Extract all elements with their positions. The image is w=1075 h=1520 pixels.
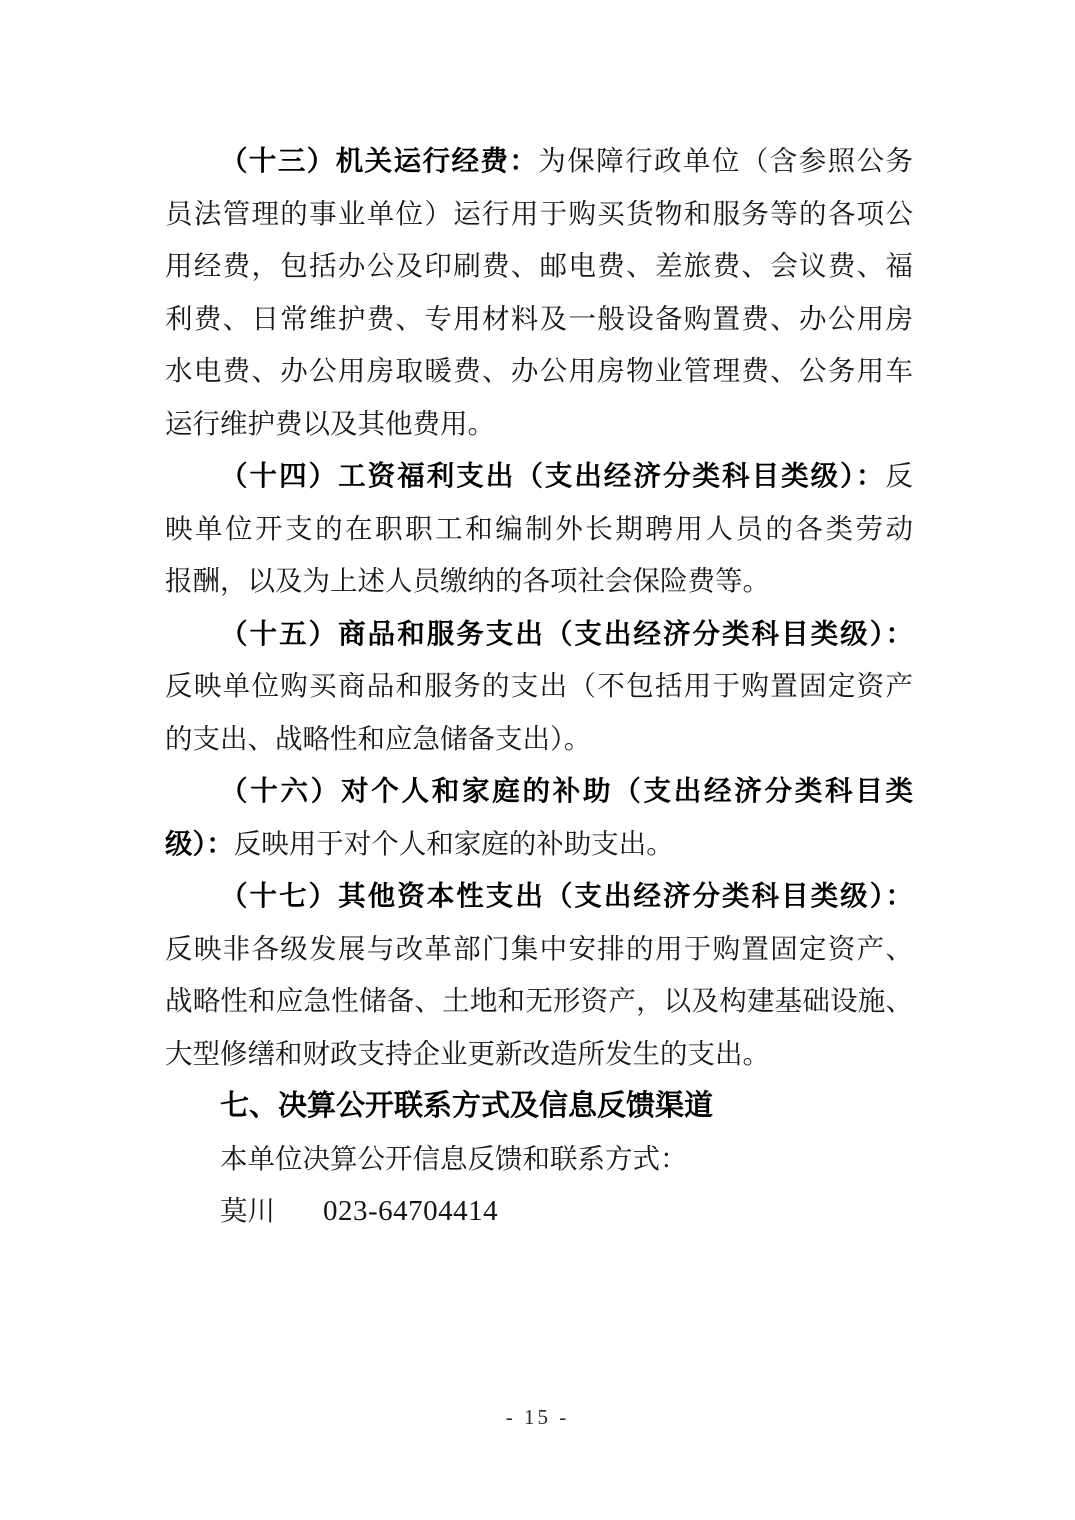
document-body: （十三）机关运行经费：为保障行政单位（含参照公务员法管理的事业单位）运行用于购买…	[165, 135, 913, 1238]
text-line: 运行维护费以及其他费用。	[165, 398, 913, 451]
text-line: 大型修缮和财政支持企业更新改造所发生的支出。	[165, 1028, 913, 1081]
text-line: 映单位开支的在职职工和编制外长期聘用人员的各类劳动	[165, 503, 913, 556]
text-line: 反映非各级发展与改革部门集中安排的用于购置固定资产、	[165, 923, 913, 976]
document-page: （十三）机关运行经费：为保障行政单位（含参照公务员法管理的事业单位）运行用于购买…	[0, 0, 1075, 1520]
text-segment: （十三）机关运行经费：	[220, 145, 538, 176]
text-segment: 莫川	[220, 1195, 275, 1226]
text-segment: 为保障行政单位（含参照公务	[538, 145, 913, 176]
text-segment: 大型修缮和财政支持企业更新改造所发生的支出。	[165, 1038, 770, 1069]
text-segment: 的支出、战略性和应急储备支出）。	[165, 723, 591, 754]
text-segment: （十七）其他资本性支出（支出经济分类科目类级）：	[220, 880, 913, 911]
text-segment: 023-64704414	[323, 1195, 498, 1227]
text-line: 级）：反映用于对个人和家庭的补助支出。	[165, 818, 913, 871]
text-line: 报酬，以及为上述人员缴纳的各项社会保险费等。	[165, 555, 913, 608]
text-segment: 员法管理的事业单位）运行用于购买货物和服务等的各项公	[165, 198, 913, 229]
text-line: 莫川023-64704414	[165, 1185, 913, 1238]
text-line: 反映单位购买商品和服务的支出（不包括用于购置固定资产	[165, 660, 913, 713]
text-line: 的支出、战略性和应急储备支出）。	[165, 713, 913, 766]
text-line: 员法管理的事业单位）运行用于购买货物和服务等的各项公	[165, 188, 913, 241]
text-segment: 七、决算公开联系方式及信息反馈渠道	[220, 1090, 713, 1122]
text-line: （十六）对个人和家庭的补助（支出经济分类科目类	[165, 765, 913, 818]
text-segment: 战略性和应急性储备、土地和无形资产，以及构建基础设施、	[165, 985, 913, 1016]
text-line: （十四）工资福利支出（支出经济分类科目类级）：反	[165, 450, 913, 503]
text-segment: 运行维护费以及其他费用。	[165, 408, 495, 439]
page-number: - 15 -	[0, 1405, 1075, 1430]
text-segment: 利费、日常维护费、专用材料及一般设备购置费、办公用房	[165, 303, 913, 334]
text-line: 战略性和应急性储备、土地和无形资产，以及构建基础设施、	[165, 975, 913, 1028]
text-segment: （十五）商品和服务支出（支出经济分类科目类级）：	[220, 618, 913, 649]
text-segment: 反映用于对个人和家庭的补助支出。	[234, 828, 674, 859]
text-line: （十七）其他资本性支出（支出经济分类科目类级）：	[165, 870, 913, 923]
text-line: 水电费、办公用房取暖费、办公用房物业管理费、公务用车	[165, 345, 913, 398]
text-segment: 用经费，包括办公及印刷费、邮电费、差旅费、会议费、福	[165, 250, 913, 281]
text-line: 利费、日常维护费、专用材料及一般设备购置费、办公用房	[165, 293, 913, 346]
text-segment: 映单位开支的在职职工和编制外长期聘用人员的各类劳动	[165, 513, 913, 544]
text-segment: 水电费、办公用房取暖费、办公用房物业管理费、公务用车	[165, 355, 913, 386]
text-segment: 反映单位购买商品和服务的支出（不包括用于购置固定资产	[165, 670, 913, 701]
text-line: （十五）商品和服务支出（支出经济分类科目类级）：	[165, 608, 913, 661]
text-segment: 本单位决算公开信息反馈和联系方式：	[220, 1143, 688, 1174]
text-segment: 级）：	[165, 828, 234, 859]
text-line: 本单位决算公开信息反馈和联系方式：	[165, 1133, 913, 1186]
text-segment: 反映非各级发展与改革部门集中安排的用于购置固定资产、	[165, 933, 913, 964]
text-segment: 报酬，以及为上述人员缴纳的各项社会保险费等。	[165, 565, 770, 596]
text-segment: 反	[886, 460, 914, 491]
text-segment: （十六）对个人和家庭的补助（支出经济分类科目类	[220, 775, 913, 806]
text-line: （十三）机关运行经费：为保障行政单位（含参照公务	[165, 135, 913, 188]
section-heading: 七、决算公开联系方式及信息反馈渠道	[165, 1080, 913, 1133]
text-line: 用经费，包括办公及印刷费、邮电费、差旅费、会议费、福	[165, 240, 913, 293]
text-segment: （十四）工资福利支出（支出经济分类科目类级）：	[220, 460, 886, 491]
